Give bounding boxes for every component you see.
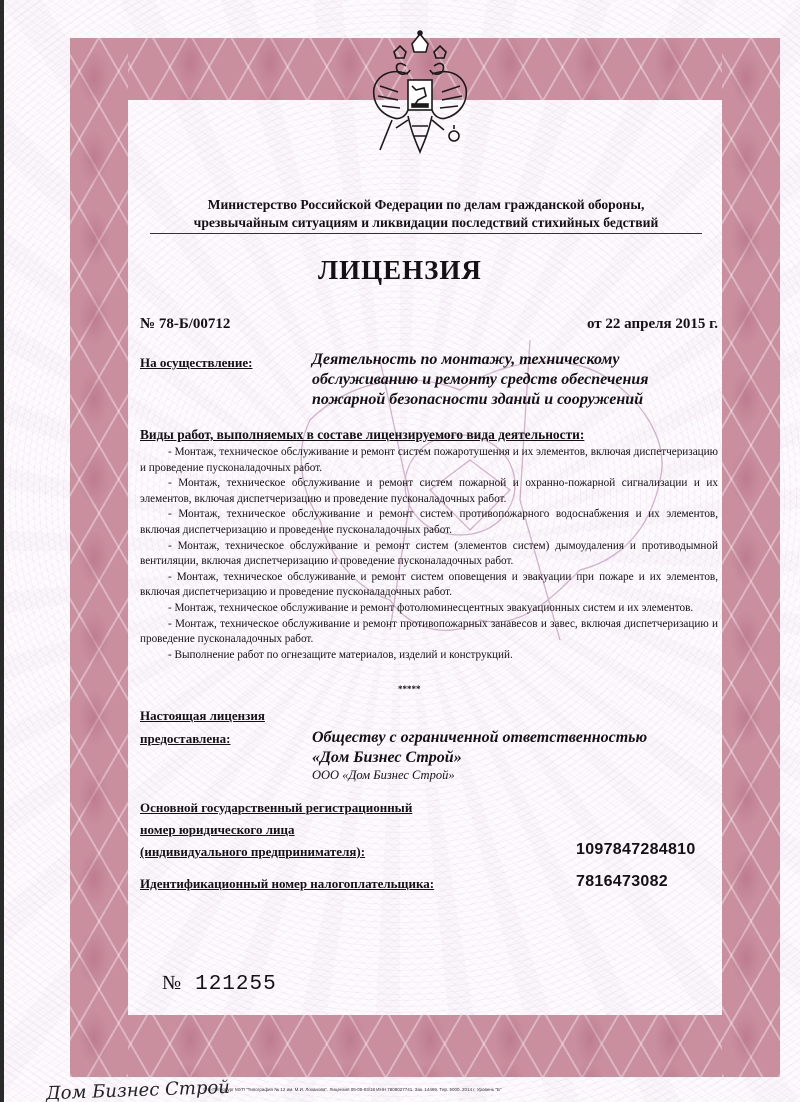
- work-item: - Монтаж, техническое обслуживание и рем…: [140, 601, 718, 617]
- works-list: - Монтаж, техническое обслуживание и рем…: [140, 445, 718, 663]
- work-item: - Монтаж, техническое обслуживание и рем…: [140, 476, 718, 507]
- license-date: от 22 апреля 2015 г.: [587, 316, 718, 333]
- work-item: - Монтаж, техническое обслуживание и рем…: [140, 507, 718, 538]
- holder-short-name: ООО «Дом Бизнес Строй»: [312, 768, 455, 783]
- work-item: - Монтаж, техническое обслуживание и рем…: [140, 445, 718, 476]
- handwritten-note: Дом Бизнес Строй: [46, 1077, 230, 1102]
- russian-coat-of-arms-icon: [368, 30, 472, 160]
- number-symbol: №: [162, 972, 181, 994]
- work-item: - Монтаж, техническое обслуживание и рем…: [140, 539, 718, 570]
- inn-value: 7816473082: [576, 873, 668, 891]
- ogrn-label-line-2: номер юридического лица: [140, 822, 295, 838]
- holder-label-line-1: Настоящая лицензия: [140, 708, 265, 724]
- work-item: - Монтаж, техническое обслуживание и рем…: [140, 617, 718, 648]
- work-item: - Монтаж, техническое обслуживание и рем…: [140, 570, 718, 601]
- issuer-name: Министерство Российской Федерации по дел…: [150, 196, 702, 234]
- holder-name: Обществу с ограниченной ответственностью…: [312, 728, 712, 768]
- holder-name-line-2: «Дом Бизнес Строй»: [312, 749, 462, 766]
- license-number: № 78-Б/00712: [140, 316, 230, 333]
- printer-imprint: © С-Петербург МУП "Типография № 12 им. М…: [203, 1087, 643, 1092]
- activity-description: Деятельность по монтажу, техническому об…: [312, 350, 712, 410]
- serial-number: 121255: [195, 973, 277, 996]
- holder-label-line-2: предоставлена:: [140, 731, 230, 747]
- issuer-line-1: Министерство Российской Федерации по дел…: [208, 197, 645, 212]
- issuer-line-2: чрезвычайным ситуациям и ликвидации посл…: [150, 214, 702, 234]
- ogrn-label-line-1: Основной государственный регистрационный: [140, 800, 412, 816]
- works-list-title: Виды работ, выполняемых в составе лиценз…: [140, 427, 584, 443]
- work-item: - Выполнение работ по огнезащите материа…: [140, 648, 718, 664]
- activity-label: На осуществление:: [140, 355, 253, 371]
- ogrn-value: 1097847284810: [576, 841, 696, 859]
- document-title: ЛИЦЕНЗИЯ: [0, 255, 800, 286]
- inn-label: Идентификационный номер налогоплательщик…: [140, 876, 434, 892]
- list-end-mark: *****: [398, 684, 421, 694]
- ogrn-label-line-3: (индивидуального предпринимателя):: [140, 844, 365, 860]
- holder-name-line-1: Обществу с ограниченной ответственностью: [312, 729, 647, 746]
- license-document: Министерство Российской Федерации по дел…: [0, 0, 800, 1102]
- blank-serial-number: №121255: [162, 972, 277, 996]
